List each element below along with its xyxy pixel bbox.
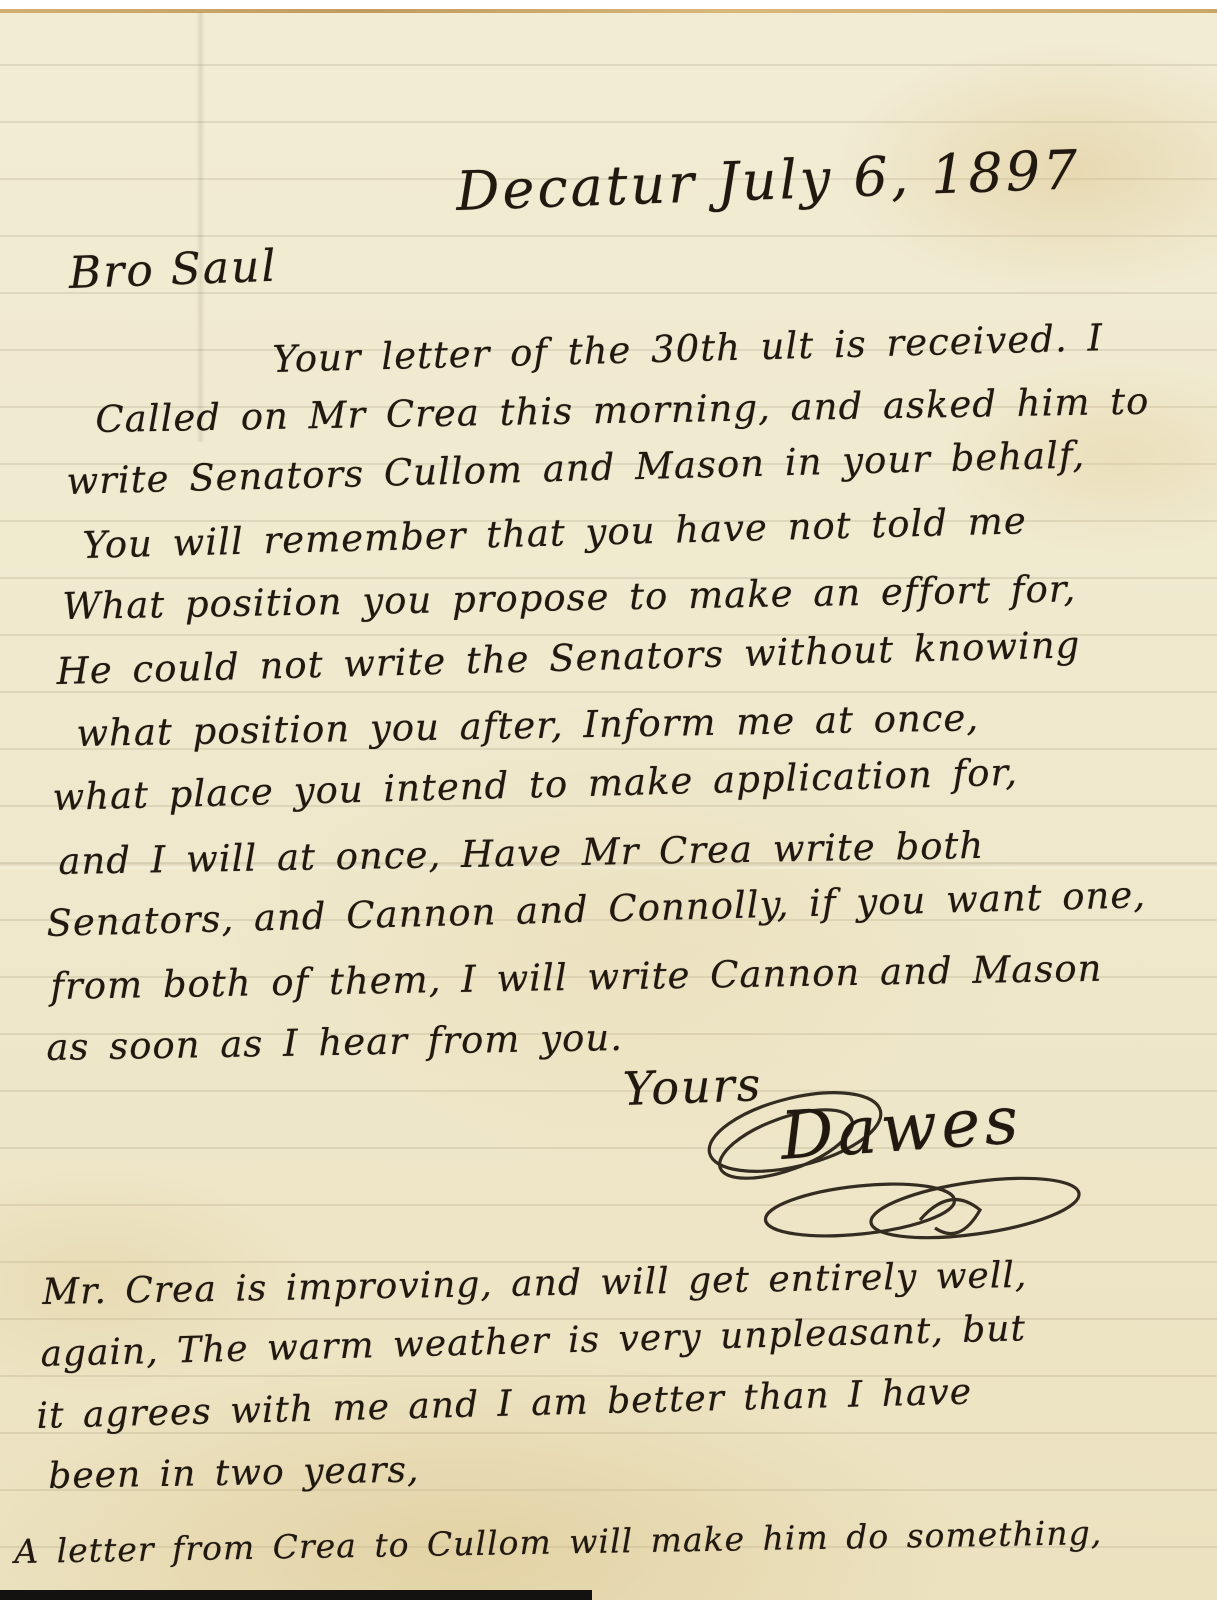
scanned-letter-page: Decatur July 6, 1897 Bro Saul Your lette… xyxy=(0,0,1217,1600)
vertical-fold-crease xyxy=(196,12,205,442)
postscript-line: been in two years, xyxy=(48,1450,420,1497)
paper-top-edge xyxy=(0,9,1217,13)
scanner-edge-strip xyxy=(0,1590,592,1600)
signature-block: Dawes xyxy=(690,1080,1120,1250)
letter-salutation: Bro Saul xyxy=(68,241,278,299)
